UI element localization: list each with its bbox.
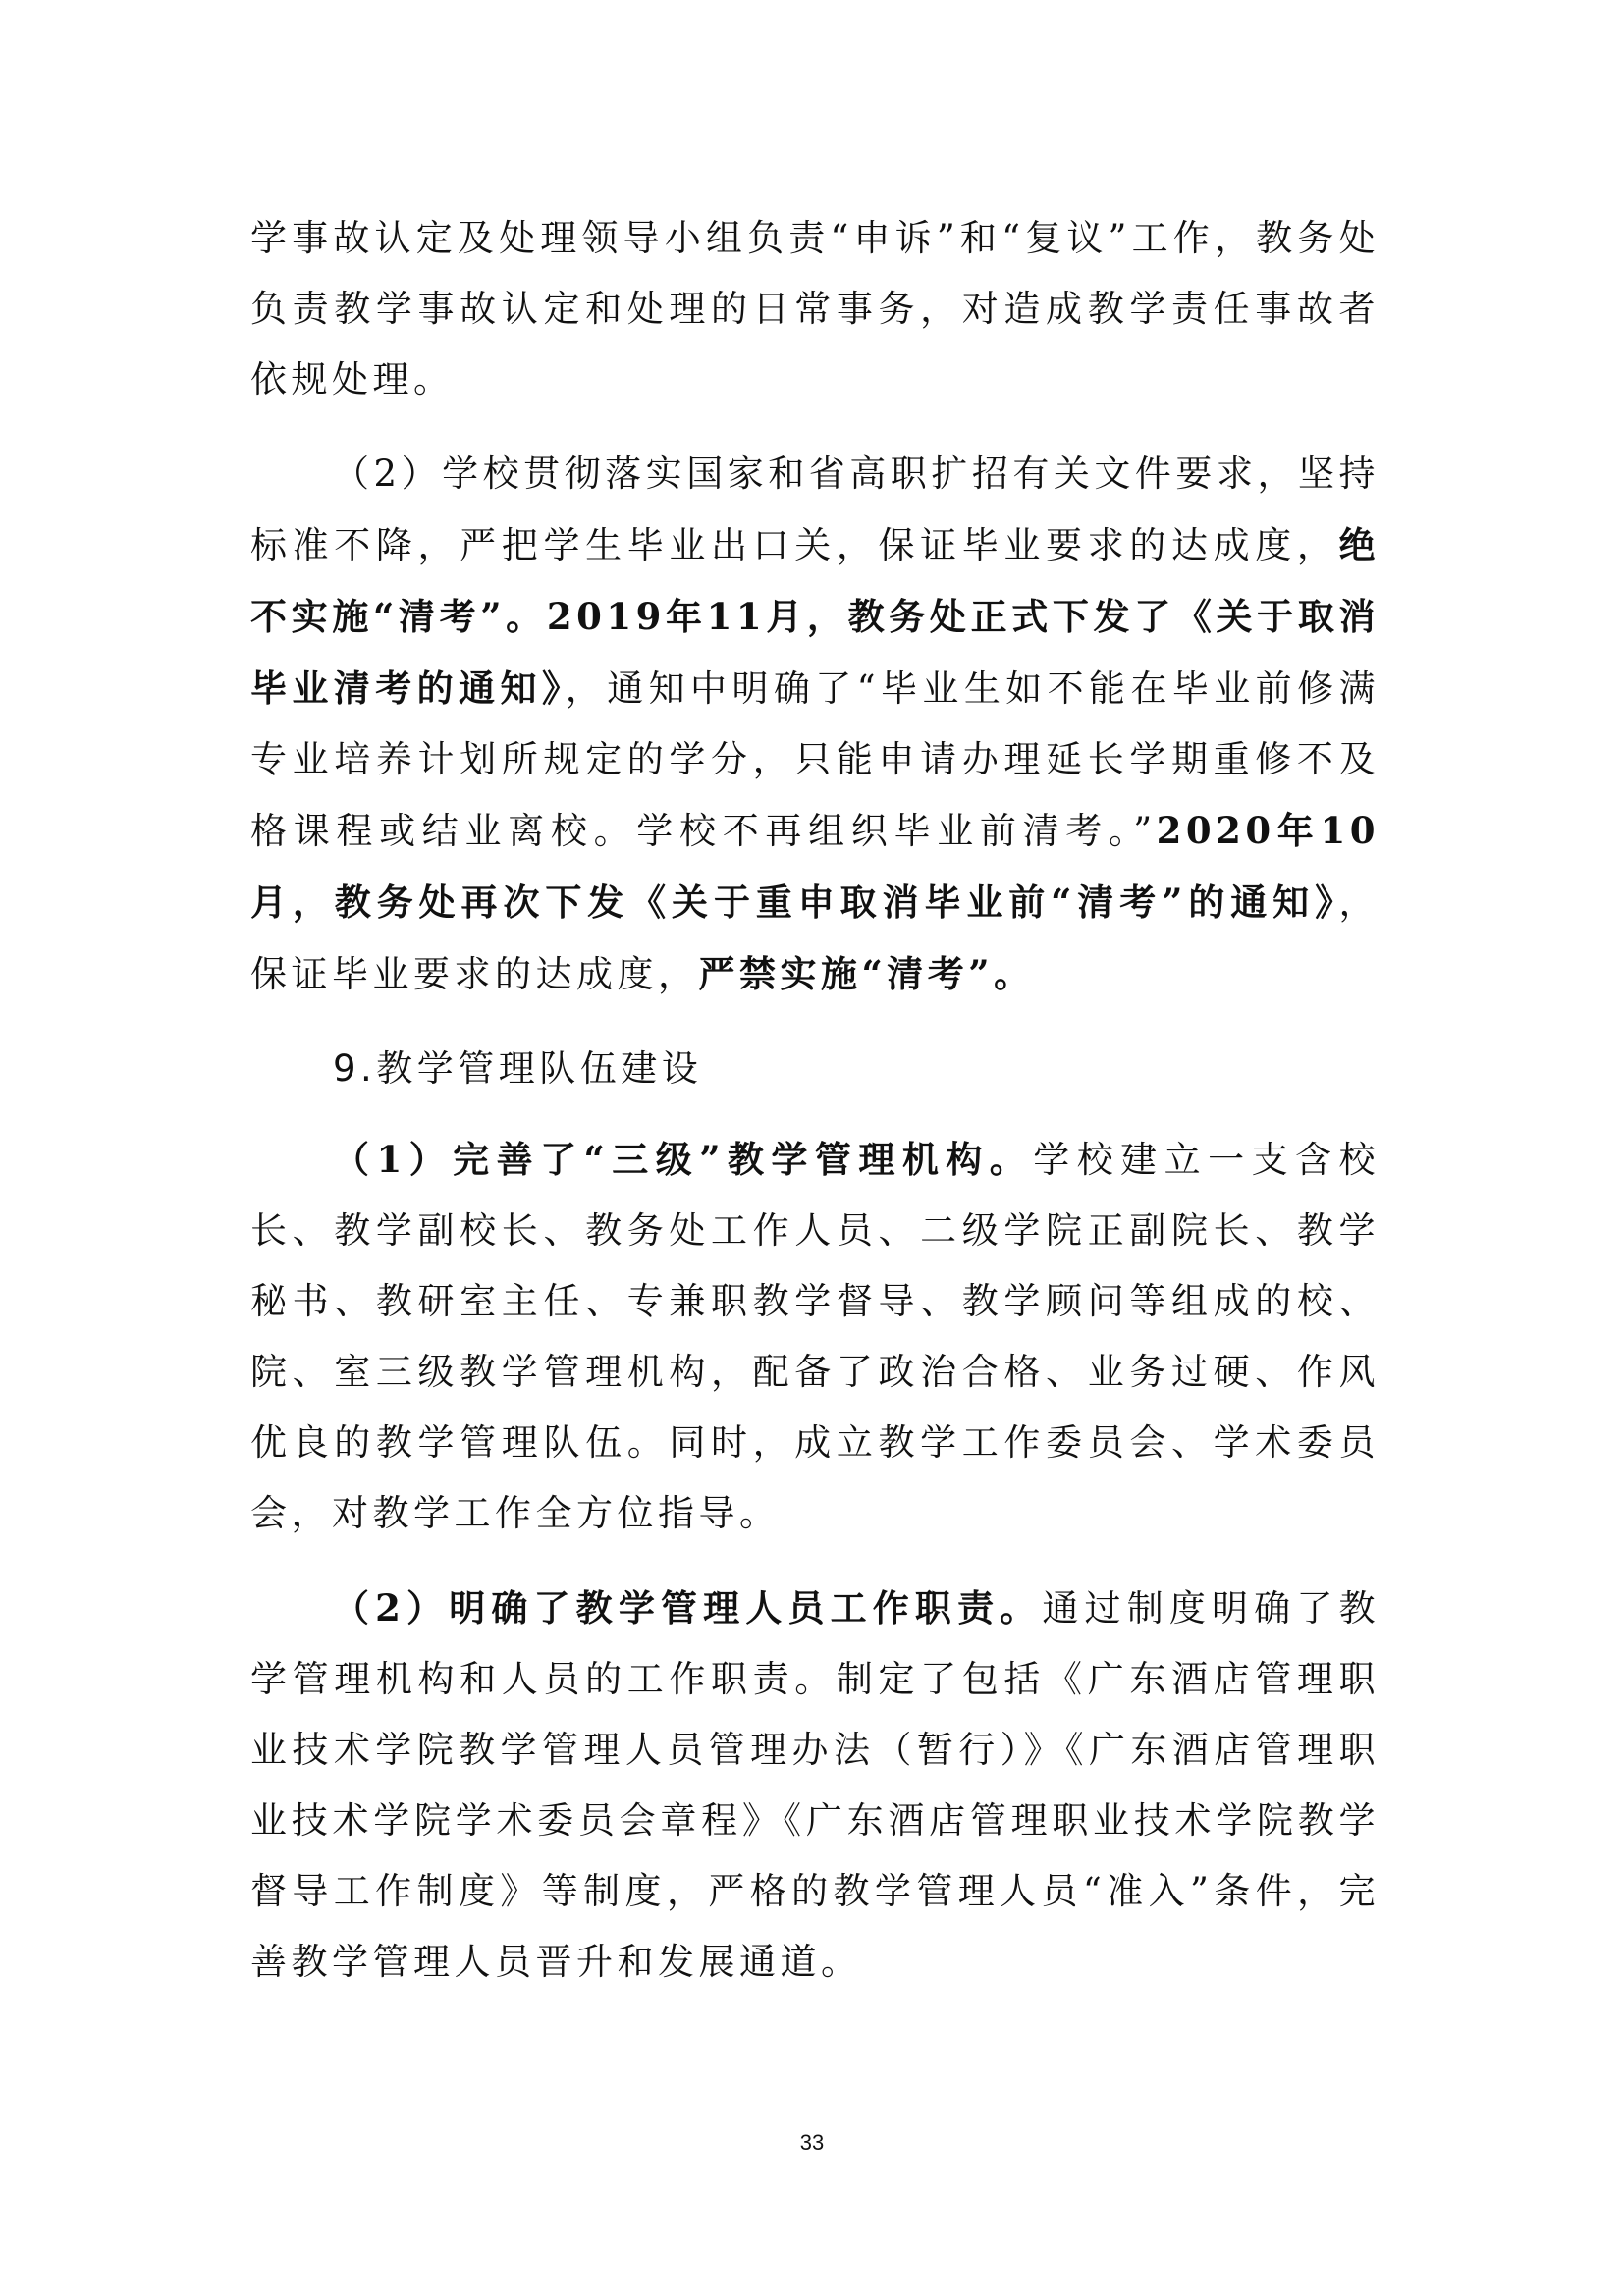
bold-text-run: 严禁实施“清考”。 bbox=[699, 952, 1035, 995]
paragraph-three-level-structure: （1）完善了“三级”教学管理机构。学校建立一支含校长、教学副校长、教务处工作人员… bbox=[250, 1124, 1380, 1549]
text-run: （2）学校贯彻落实国家和省高职扩招有关文件要求，坚持标准不降，严把学生毕业出口关… bbox=[250, 453, 1380, 566]
page-body: 学事故认定及处理领导小组负责“申诉”和“复议”工作，教务处负责教学事故认定和处理… bbox=[250, 203, 1380, 2021]
paragraph-staff-responsibilities: （2）明确了教学管理人员工作职责。通过制度明确了教学管理机构和人员的工作职责。制… bbox=[250, 1573, 1380, 1998]
bold-text-run: （1）完善了“三级”教学管理机构。 bbox=[333, 1138, 1033, 1181]
page-number: 33 bbox=[0, 2130, 1624, 2156]
paragraph-no-clear-exam: （2）学校贯彻落实国家和省高职扩招有关文件要求，坚持标准不降，严把学生毕业出口关… bbox=[250, 439, 1380, 1010]
text-run: 学校建立一支含校长、教学副校长、教务处工作人员、二级学院正副院长、教学秘书、教研… bbox=[250, 1139, 1380, 1534]
bold-text-run: （2）明确了教学管理人员工作职责。 bbox=[333, 1586, 1042, 1629]
paragraph-continuation: 学事故认定及处理领导小组负责“申诉”和“复议”工作，教务处负责教学事故认定和处理… bbox=[250, 203, 1380, 415]
section-heading: 9.教学管理队伍建设 bbox=[250, 1034, 1380, 1104]
text-run: 通过制度明确了教学管理机构和人员的工作职责。制定了包括《广东酒店管理职业技术学院… bbox=[250, 1587, 1380, 1983]
text-run: 学事故认定及处理领导小组负责“申诉”和“复议”工作，教务处负责教学事故认定和处理… bbox=[250, 217, 1380, 400]
document-page: 学事故认定及处理领导小组负责“申诉”和“复议”工作，教务处负责教学事故认定和处理… bbox=[0, 0, 1624, 2296]
